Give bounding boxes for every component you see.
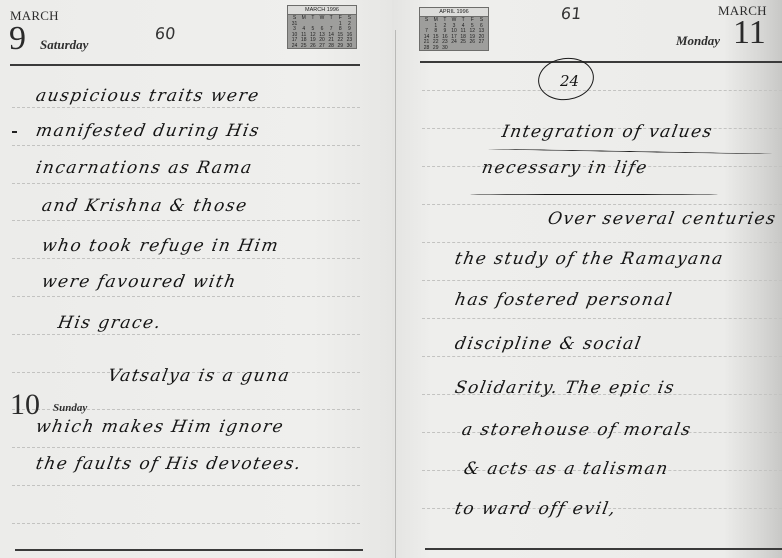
right-handwritten-line: discipline & social [453, 334, 643, 354]
mini-calendar-march: MARCH 1996 SMTWTFS3112345678910111213141… [287, 5, 357, 49]
left-handwritten-line: incarnations as Rama [34, 158, 254, 178]
ruled-line [422, 204, 782, 205]
left-handwritten-line: auspicious traits were [34, 86, 261, 106]
left-handwritten-line: manifested during His [34, 121, 262, 141]
title-underline [470, 194, 718, 195]
left-handwritten-line: and Krishna & those [40, 196, 249, 216]
left-page-number: 60 [154, 24, 176, 43]
ruled-line [12, 447, 360, 448]
calendar-cell [468, 46, 477, 52]
ruled-line [12, 485, 360, 486]
ruled-line [12, 523, 360, 524]
right-footer-rule [425, 548, 782, 550]
calendar-cell: 28 [422, 46, 431, 52]
left-handwritten-line: the faults of His devotees. [34, 454, 303, 474]
calendar-cell: 30 [345, 44, 354, 50]
calendar-cell: 28 [327, 44, 336, 50]
right-day-number: 11 [733, 16, 766, 50]
calendar-cell: 29 [336, 44, 345, 50]
right-handwritten-line: a storehouse of morals [460, 420, 693, 440]
right-title-line: necessary in life [480, 158, 649, 178]
right-handwritten-line: has fostered personal [453, 290, 674, 310]
mini-calendar-title: APRIL 1996 [420, 8, 488, 17]
mini-calendar-grid: SMTWTFS311234567891011121314151617181920… [288, 15, 356, 49]
left-day-number: 9 [9, 22, 26, 56]
calendar-cell [449, 46, 458, 52]
calendar-cell: 29 [431, 46, 440, 52]
calendar-cell [477, 46, 486, 52]
calendar-cell: 25 [299, 44, 308, 50]
ruled-line [12, 145, 360, 146]
left-handwritten-line: His grace. [56, 313, 163, 333]
circled-entry-number: 24 [560, 72, 579, 90]
second-day-number: 10 [10, 388, 40, 422]
mini-calendar-title: MARCH 1996 [288, 6, 356, 15]
right-page-number: 61 [560, 4, 582, 23]
diary-spread: MARCH 9 Saturday 60 MARCH 1996 SMTWTFS31… [0, 0, 782, 558]
ruled-line [422, 242, 782, 243]
ruled-line [12, 296, 360, 297]
calendar-cell: 24 [290, 44, 299, 50]
ruled-line [12, 107, 360, 108]
binding-gutter [395, 30, 396, 558]
calendar-cell: 30 [440, 46, 449, 52]
right-title-line: Integration of values [500, 122, 714, 142]
ruled-line [12, 183, 360, 184]
ruled-line [12, 258, 360, 259]
left-header-rule [10, 64, 360, 66]
right-handwritten-line: & acts as a talisman [462, 459, 670, 479]
ruled-line [422, 90, 782, 91]
left-handwritten-line: were favoured with [40, 272, 238, 292]
left-day-name: Saturday [40, 37, 88, 53]
right-handwritten-line: the study of the Ramayana [453, 249, 725, 269]
second-day-name: Sunday [53, 402, 87, 414]
calendar-cell [459, 46, 468, 52]
right-handwritten-line: Over several centuries [546, 209, 778, 229]
right-handwritten-line: to ward off evil, [453, 499, 618, 519]
ruled-line [422, 318, 782, 319]
left-footer-rule [15, 549, 363, 551]
left-handwritten-line: which makes Him ignore [34, 417, 286, 437]
ruled-line [12, 334, 360, 335]
right-header-rule [420, 61, 782, 63]
calendar-cell: 27 [317, 44, 326, 50]
ruled-line [422, 356, 782, 357]
right-day-name: Monday [676, 33, 720, 49]
margin-dash-mark [12, 131, 17, 133]
mini-calendar-grid: SMTWTFS123456789101112131415161718192021… [420, 17, 488, 51]
mini-calendar-april: APRIL 1996 SMTWTFS1234567891011121314151… [419, 7, 489, 51]
left-handwritten-line: who took refuge in Him [40, 236, 281, 256]
ruled-line [422, 280, 782, 281]
calendar-cell: 26 [308, 44, 317, 50]
left-handwritten-line: Vatsalya is a guna [106, 366, 292, 386]
right-handwritten-line: Solidarity. The epic is [453, 378, 677, 398]
ruled-line [12, 220, 360, 221]
